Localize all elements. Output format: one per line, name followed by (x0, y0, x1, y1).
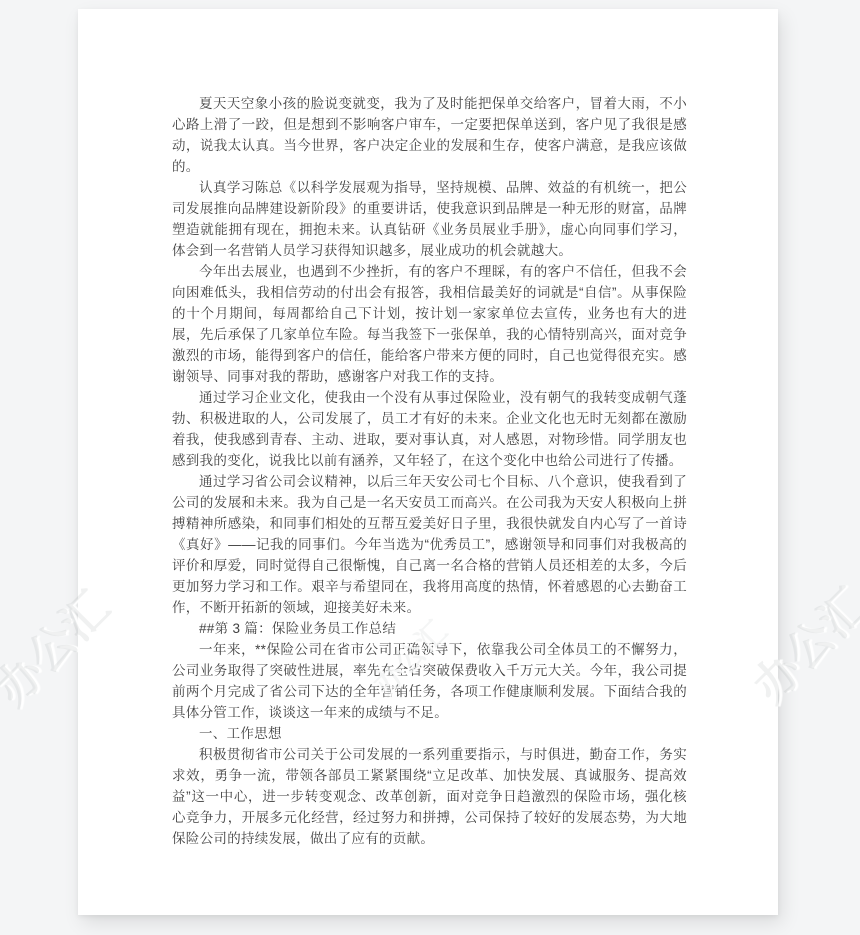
document-viewer-canvas: 夏天天空象小孩的脸说变就变，我为了及时能把保单交给客户，冒着大雨，不小心路上滑了… (0, 0, 860, 935)
section-heading-part3: ##第 3 篇：保险业务员工作总结 (172, 618, 687, 639)
paragraph-province-meeting-spirit: 通过学习省公司会议精神，以后三年天安公司七个目标、八个意识，使我看到了公司的发展… (172, 471, 687, 618)
paragraph-study-chen-speech: 认真学习陈总《以科学发展观为指导，坚持规模、品牌、效益的有机统一，把公司发展推向… (172, 177, 687, 261)
paragraph-policy-delivery-story: 夏天天空象小孩的脸说变就变，我为了及时能把保单交给客户，冒着大雨，不小心路上滑了… (172, 93, 687, 177)
subsection-heading-work-thought: 一、工作思想 (172, 723, 687, 744)
document-page: 夏天天空象小孩的脸说变就变，我为了及时能把保单交给客户，冒着大雨，不小心路上滑了… (78, 9, 778, 915)
paragraph-corporate-culture: 通过学习企业文化，使我由一个没有从事过保险业，没有朝气的我转变成朝气蓬勃、积极进… (172, 387, 687, 471)
document-content: 夏天天空象小孩的脸说变就变，我为了及时能把保单交给客户，冒着大雨，不小心路上滑了… (78, 9, 778, 915)
paragraph-work-thought-detail: 积极贯彻省市公司关于公司发展的一系列重要指示，与时俱进，勤奋工作，务实求效，勇争… (172, 744, 687, 849)
paragraph-company-achievements: 一年来，**保险公司在省市公司正确领导下，依靠我公司全体员工的不懈努力，公司业务… (172, 639, 687, 723)
paragraph-exhibition-setbacks: 今年出去展业，也遇到不少挫折，有的客户不理睬，有的客户不信任，但我不会向困难低头… (172, 261, 687, 387)
